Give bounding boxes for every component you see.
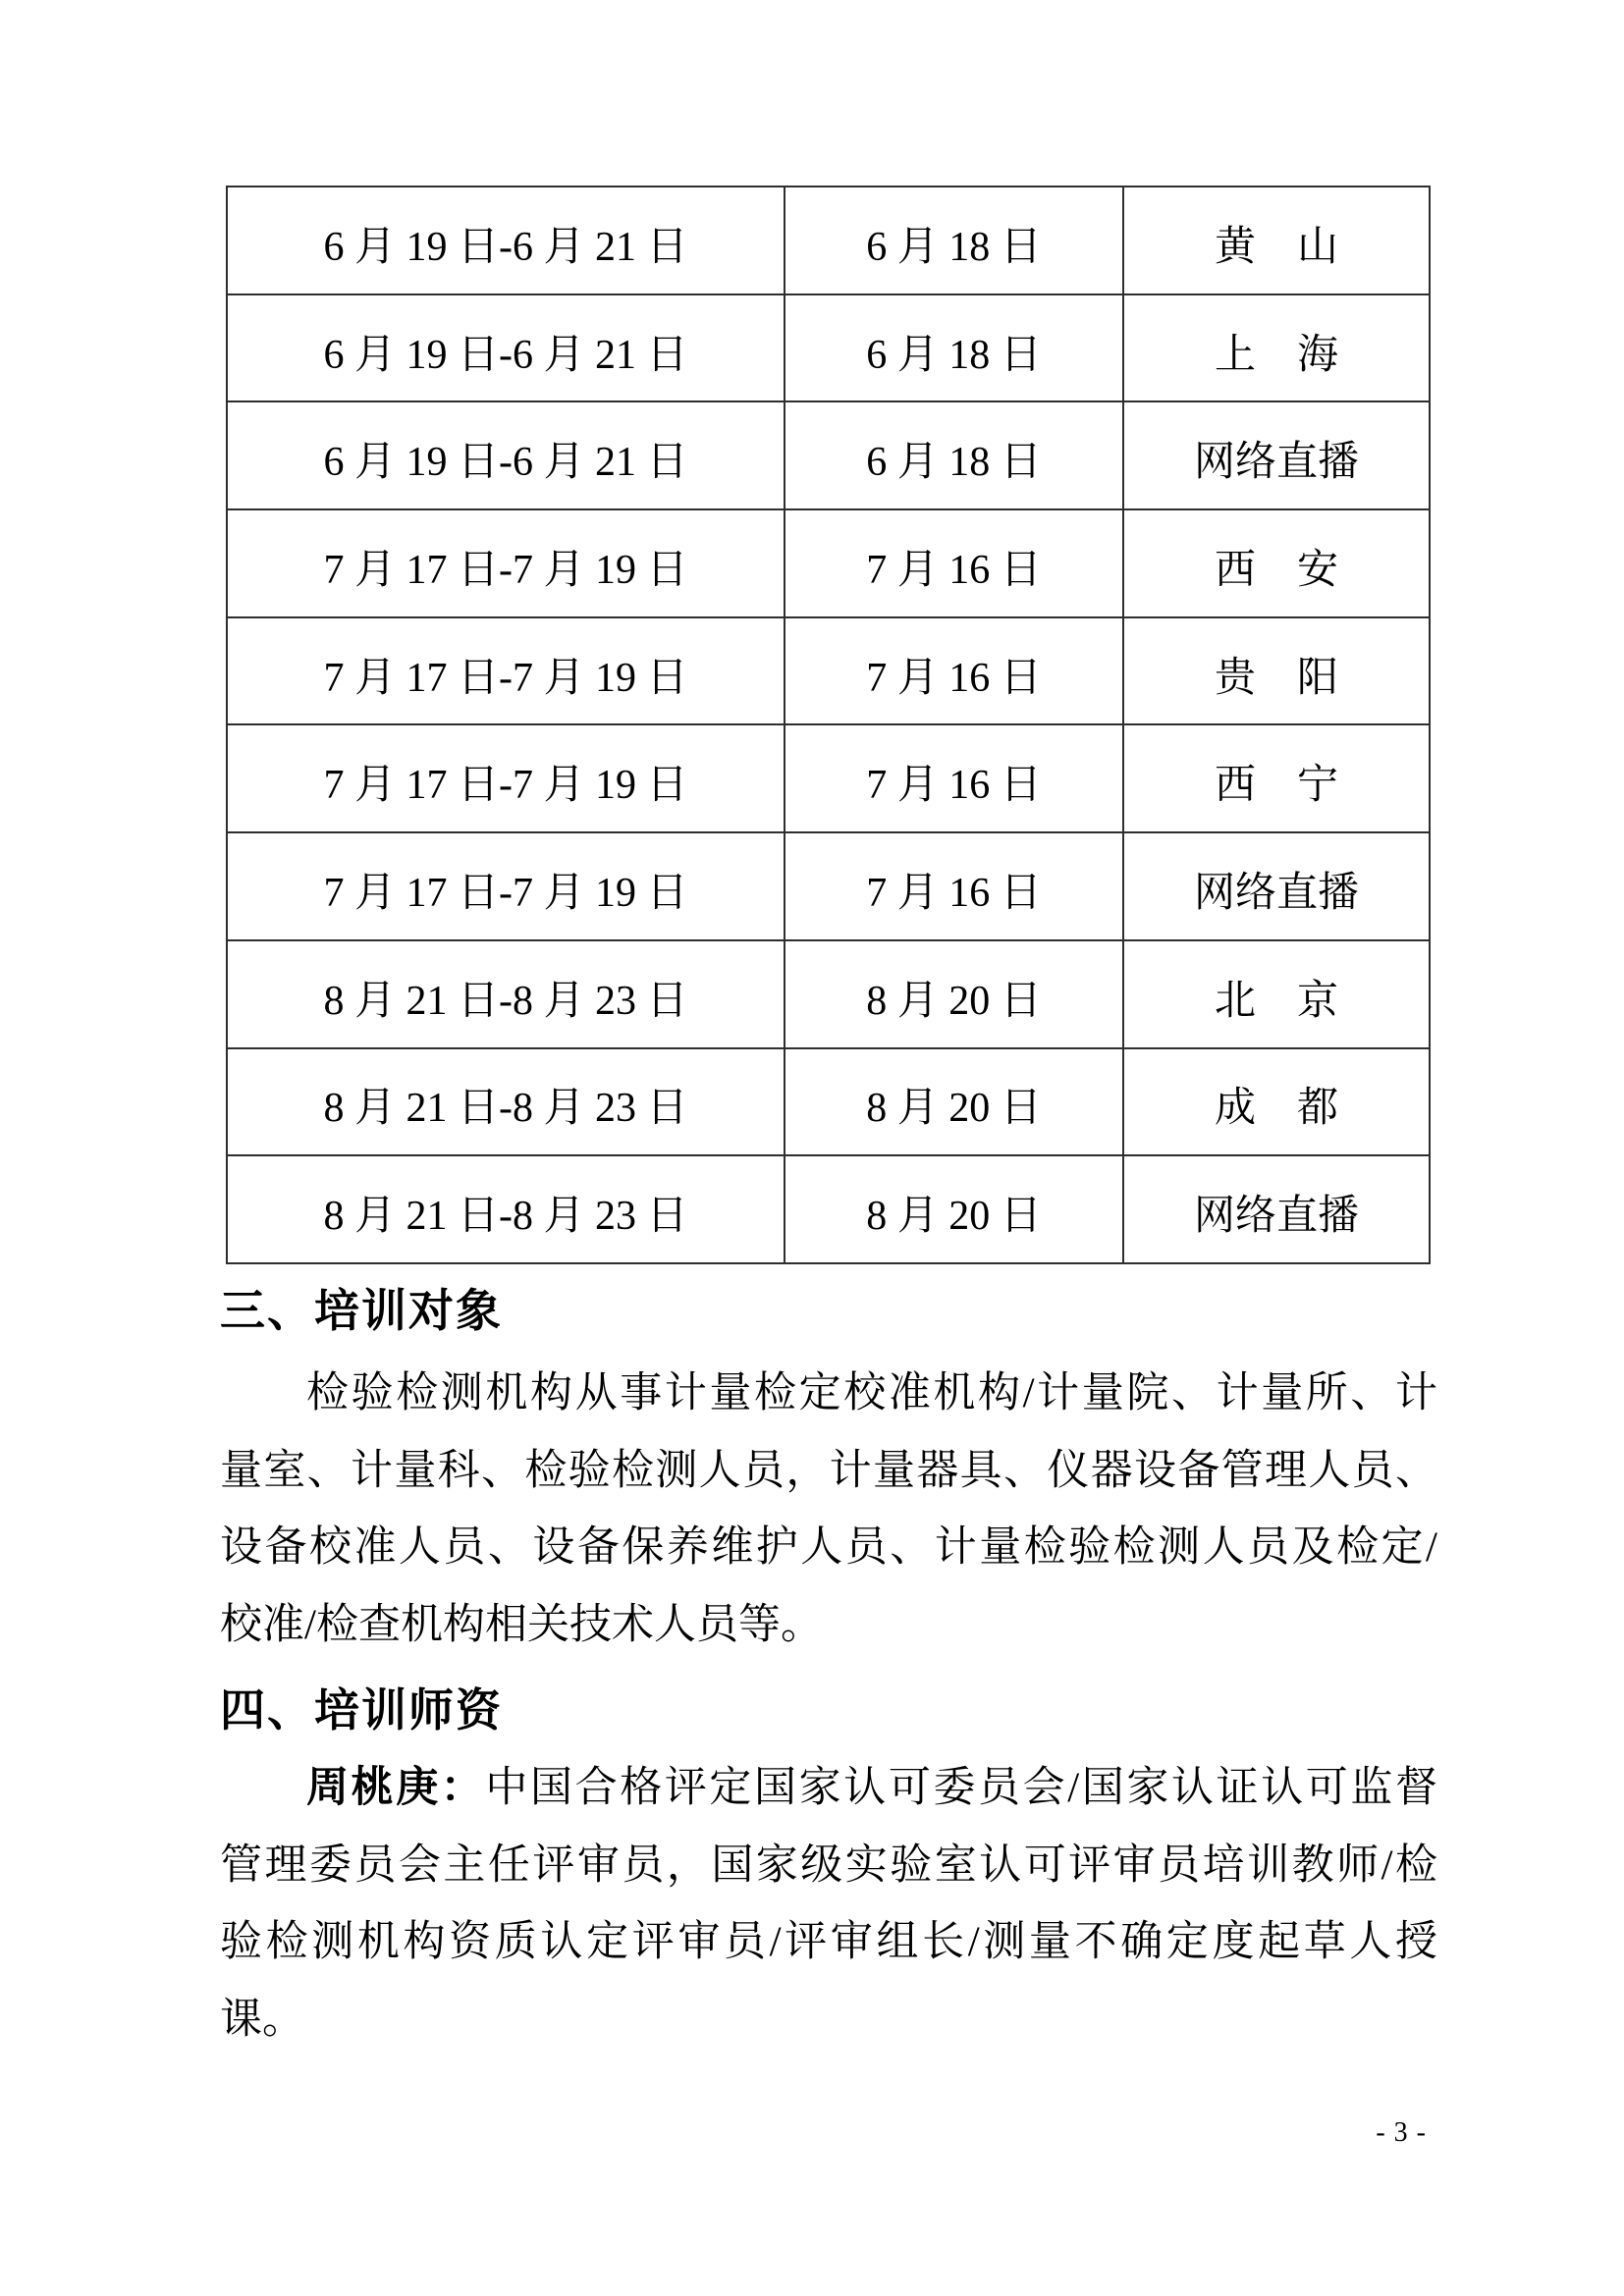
session-dates-cell: 8 月 21 日-8 月 23 日 xyxy=(227,1048,785,1156)
schedule-row: 8 月 21 日-8 月 23 日 8 月 20 日 成 都 xyxy=(227,1048,1430,1156)
schedule-row: 7 月 17 日-7 月 19 日 7 月 16 日 贵 阳 xyxy=(227,617,1430,725)
session-dates-cell: 6 月 19 日-6 月 21 日 xyxy=(227,401,785,509)
schedule-row: 7 月 17 日-7 月 19 日 7 月 16 日 网络直播 xyxy=(227,832,1430,940)
training-faculty-paragraph: 周桃庚：中国合格评定国家认可委员会/国家认证认可监督 管理委员会主任评审员，国家… xyxy=(220,1750,1437,2058)
location-cell: 成 都 xyxy=(1123,1048,1430,1156)
paragraph-line: 量室、计量科、检验检测人员，计量器具、仪器设备管理人员、 xyxy=(220,1433,1437,1511)
paragraph-line: 校准/检查机构相关技术人员等。 xyxy=(220,1587,1437,1665)
session-dates-cell: 7 月 17 日-7 月 19 日 xyxy=(227,617,785,725)
paragraph-line: 课。 xyxy=(220,1982,1437,2059)
paragraph-line: 检验检测机构从事计量检定校准机构/计量院、计量所、计 xyxy=(220,1356,1437,1433)
schedule-row: 6 月 19 日-6 月 21 日 6 月 18 日 上 海 xyxy=(227,294,1430,402)
page-number: - 3 - xyxy=(1376,2116,1427,2150)
paragraph-line: 管理委员会主任评审员，国家级实验室认可评审员培训教师/检 xyxy=(220,1828,1437,1905)
location-cell: 北 京 xyxy=(1123,940,1430,1048)
training-schedule-table: 6 月 19 日-6 月 21 日 6 月 18 日 黄 山 6 月 19 日-… xyxy=(226,186,1431,1264)
paragraph-line: 周桃庚：中国合格评定国家认可委员会/国家认证认可监督 xyxy=(220,1750,1437,1828)
session-dates-cell: 8 月 21 日-8 月 23 日 xyxy=(227,1155,785,1263)
schedule-row: 7 月 17 日-7 月 19 日 7 月 16 日 西 安 xyxy=(227,509,1430,617)
report-date-cell: 6 月 18 日 xyxy=(785,294,1123,402)
session-dates-cell: 8 月 21 日-8 月 23 日 xyxy=(227,940,785,1048)
location-cell: 贵 阳 xyxy=(1123,617,1430,725)
session-dates-cell: 6 月 19 日-6 月 21 日 xyxy=(227,294,785,402)
location-cell: 黄 山 xyxy=(1123,187,1430,294)
location-cell: 网络直播 xyxy=(1123,832,1430,940)
session-dates-cell: 7 月 17 日-7 月 19 日 xyxy=(227,724,785,832)
session-dates-cell: 6 月 19 日-6 月 21 日 xyxy=(227,187,785,294)
session-dates-cell: 7 月 17 日-7 月 19 日 xyxy=(227,832,785,940)
report-date-cell: 6 月 18 日 xyxy=(785,187,1123,294)
report-date-cell: 7 月 16 日 xyxy=(785,724,1123,832)
section-heading-training-faculty: 四、培训师资 xyxy=(220,1681,1437,1739)
schedule-row: 8 月 21 日-8 月 23 日 8 月 20 日 网络直播 xyxy=(227,1155,1430,1263)
location-cell: 西 安 xyxy=(1123,509,1430,617)
speaker-name: 周桃庚： xyxy=(306,1765,485,1811)
report-date-cell: 7 月 16 日 xyxy=(785,617,1123,725)
report-date-cell: 8 月 20 日 xyxy=(785,1048,1123,1156)
schedule-row: 8 月 21 日-8 月 23 日 8 月 20 日 北 京 xyxy=(227,940,1430,1048)
location-cell: 西 宁 xyxy=(1123,724,1430,832)
paragraph-line: 设备校准人员、设备保养维护人员、计量检验检测人员及检定/ xyxy=(220,1510,1437,1587)
location-cell: 上 海 xyxy=(1123,294,1430,402)
paragraph-line-text: 中国合格评定国家认可委员会/国家认证认可监督 xyxy=(485,1765,1437,1811)
document-page: 6 月 19 日-6 月 21 日 6 月 18 日 黄 山 6 月 19 日-… xyxy=(0,0,1624,2296)
schedule-row: 7 月 17 日-7 月 19 日 7 月 16 日 西 宁 xyxy=(227,724,1430,832)
report-date-cell: 7 月 16 日 xyxy=(785,832,1123,940)
session-dates-cell: 7 月 17 日-7 月 19 日 xyxy=(227,509,785,617)
report-date-cell: 7 月 16 日 xyxy=(785,509,1123,617)
section-heading-training-targets: 三、培训对象 xyxy=(220,1281,1437,1340)
report-date-cell: 8 月 20 日 xyxy=(785,940,1123,1048)
report-date-cell: 8 月 20 日 xyxy=(785,1155,1123,1263)
paragraph-line: 验检测机构资质认定评审员/评审组长/测量不确定度起草人授 xyxy=(220,1904,1437,1982)
schedule-row: 6 月 19 日-6 月 21 日 6 月 18 日 网络直播 xyxy=(227,401,1430,509)
schedule-row: 6 月 19 日-6 月 21 日 6 月 18 日 黄 山 xyxy=(227,187,1430,294)
report-date-cell: 6 月 18 日 xyxy=(785,401,1123,509)
training-targets-paragraph: 检验检测机构从事计量检定校准机构/计量院、计量所、计 量室、计量科、检验检测人员… xyxy=(220,1356,1437,1664)
location-cell: 网络直播 xyxy=(1123,401,1430,509)
location-cell: 网络直播 xyxy=(1123,1155,1430,1263)
